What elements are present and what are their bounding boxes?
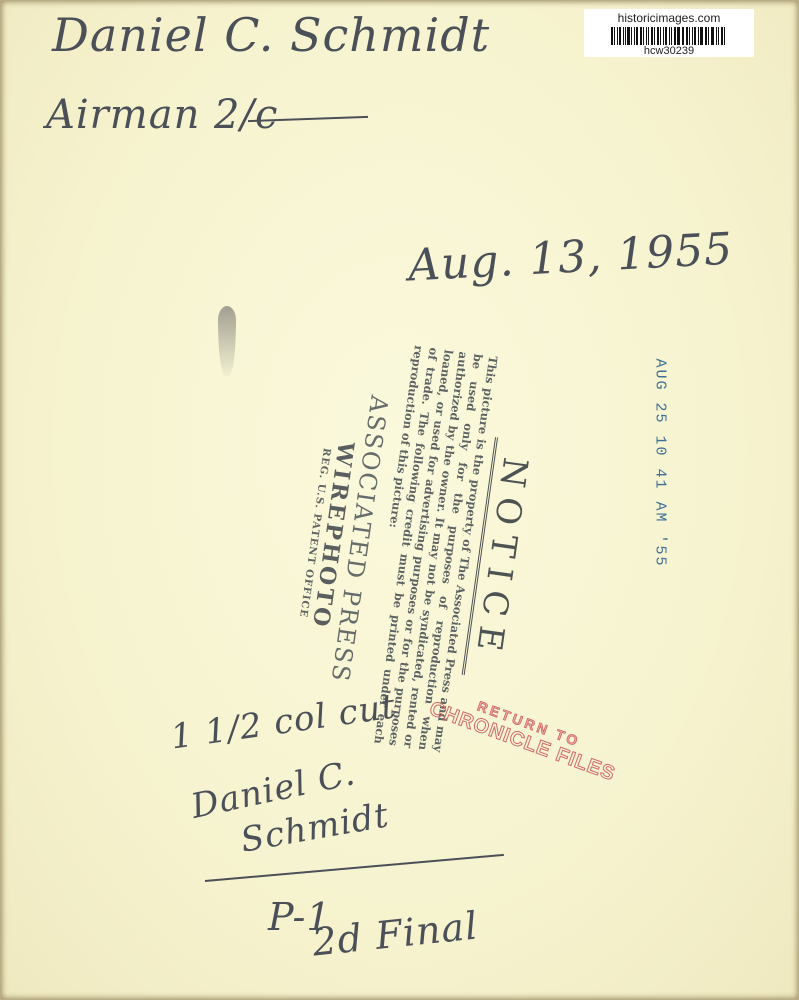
barcode-bar — [712, 27, 714, 45]
barcode-bar — [627, 27, 630, 45]
barcode-bar — [698, 27, 699, 45]
ap-notice-stamp: NOTICE This picture is the property of T… — [235, 300, 535, 680]
barcode-bar — [614, 27, 615, 45]
barcode-bar — [711, 27, 712, 45]
barcode-bar — [625, 27, 626, 45]
barcode-bar — [660, 27, 661, 45]
barcode-bar — [663, 27, 664, 45]
barcode-bar — [682, 27, 683, 45]
barcode-bar — [694, 27, 696, 45]
barcode-bar — [700, 27, 703, 45]
barcode-bar — [646, 27, 647, 45]
barcode-bar — [669, 27, 670, 45]
archive-label: historicimages.com hcw30239 — [584, 9, 754, 57]
received-date-stamp: AUG 25 10 41 AM '55 — [652, 359, 669, 559]
barcode-bar — [718, 27, 719, 45]
barcode — [611, 27, 727, 45]
barcode-bar — [657, 27, 659, 45]
handwritten-name: Daniel C. Schmidt — [52, 8, 490, 62]
barcode-bar — [623, 27, 624, 45]
barcode-bar — [651, 27, 654, 45]
handwritten-rank: Airman 2/c — [46, 92, 278, 138]
barcode-bar — [648, 27, 649, 45]
barcode-bar — [665, 27, 667, 45]
barcode-bar — [636, 27, 638, 45]
barcode-bar — [721, 27, 723, 45]
barcode-bar — [716, 27, 717, 45]
barcode-bar — [643, 27, 644, 45]
barcode-bar — [634, 27, 635, 45]
barcode-bar — [631, 27, 632, 45]
label-code: hcw30239 — [584, 45, 754, 57]
barcode-bar — [674, 27, 676, 45]
barcode-bar — [654, 27, 655, 45]
barcode-bar — [677, 27, 680, 45]
barcode-bar — [611, 27, 613, 45]
barcode-bar — [724, 27, 725, 45]
barcode-bar — [619, 27, 621, 45]
barcode-bar — [692, 27, 693, 45]
barcode-bar — [617, 27, 618, 45]
barcode-bar — [683, 27, 684, 45]
barcode-bar — [671, 27, 672, 45]
barcode-bar — [689, 27, 690, 45]
barcode-bar — [640, 27, 642, 45]
barcode-bar — [708, 27, 709, 45]
label-site: historicimages.com — [584, 11, 754, 25]
barcode-bar — [705, 27, 707, 45]
barcode-bar — [686, 27, 688, 45]
